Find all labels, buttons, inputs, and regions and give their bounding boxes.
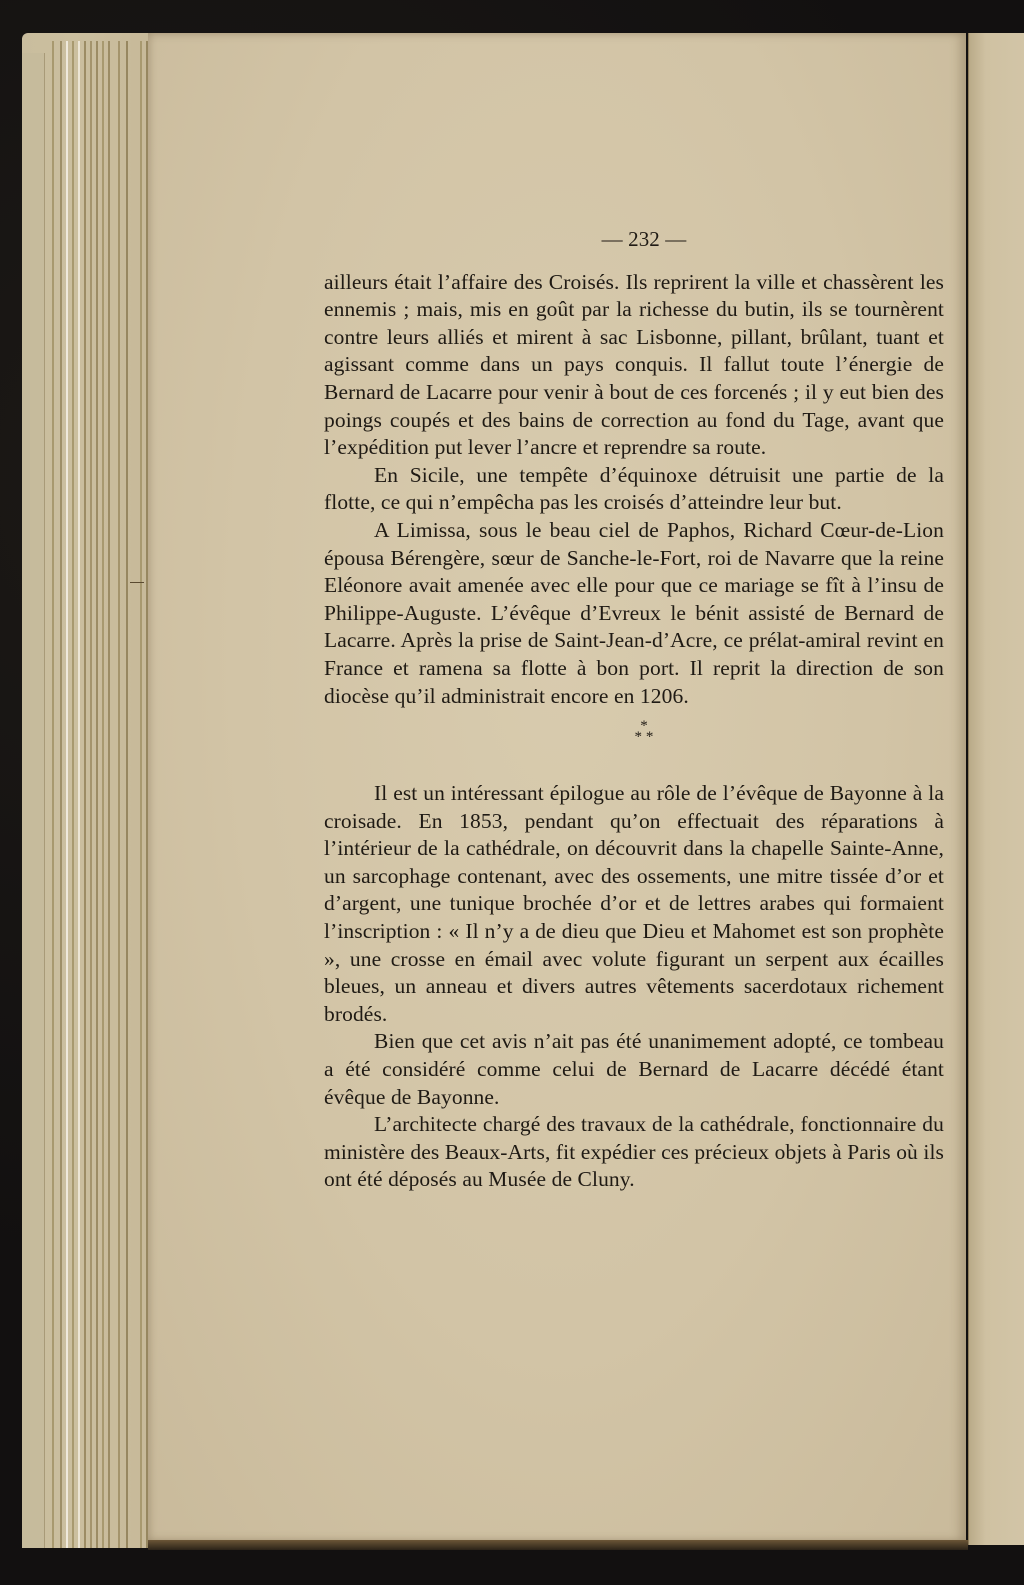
facing-page-edge xyxy=(968,33,1024,1545)
page-edge xyxy=(72,41,74,1548)
paragraph: L’architecte chargé des travaux de la ca… xyxy=(324,1111,944,1194)
page-edge xyxy=(140,41,142,1548)
page-edge xyxy=(90,41,92,1548)
page-edge-mark xyxy=(130,582,144,583)
page-edge xyxy=(102,41,104,1548)
page-edge xyxy=(52,41,54,1548)
paragraph: Il est un intéressant épilogue au rôle d… xyxy=(324,780,944,1028)
page-edge xyxy=(96,41,98,1548)
asterism-divider: * * * xyxy=(324,720,944,742)
paragraph: ailleurs était l’affaire des Croisés. Il… xyxy=(324,269,944,462)
page-edge xyxy=(118,41,120,1548)
paragraph: En Sicile, une tempête d’équinoxe détrui… xyxy=(324,462,944,517)
paragraph: Bien que cet avis n’ait pas été unanimem… xyxy=(324,1028,944,1111)
page-bottom-edge xyxy=(148,1540,968,1550)
asterism-bottom: * * xyxy=(344,731,944,742)
page-edge xyxy=(108,41,110,1548)
page-edge-tab xyxy=(22,53,45,1548)
page-edge xyxy=(78,41,80,1548)
paragraph: A Limissa, sous le beau ciel de Paphos, … xyxy=(324,517,944,710)
page-edge xyxy=(60,41,62,1548)
page-text: — 232 — ailleurs était l’affaire des Cro… xyxy=(324,226,944,1194)
page-number: — 232 — xyxy=(324,226,944,254)
page-edge xyxy=(66,41,68,1548)
page-edge xyxy=(126,41,128,1548)
page-edge xyxy=(84,41,86,1548)
page-edges-stack xyxy=(22,33,152,1548)
